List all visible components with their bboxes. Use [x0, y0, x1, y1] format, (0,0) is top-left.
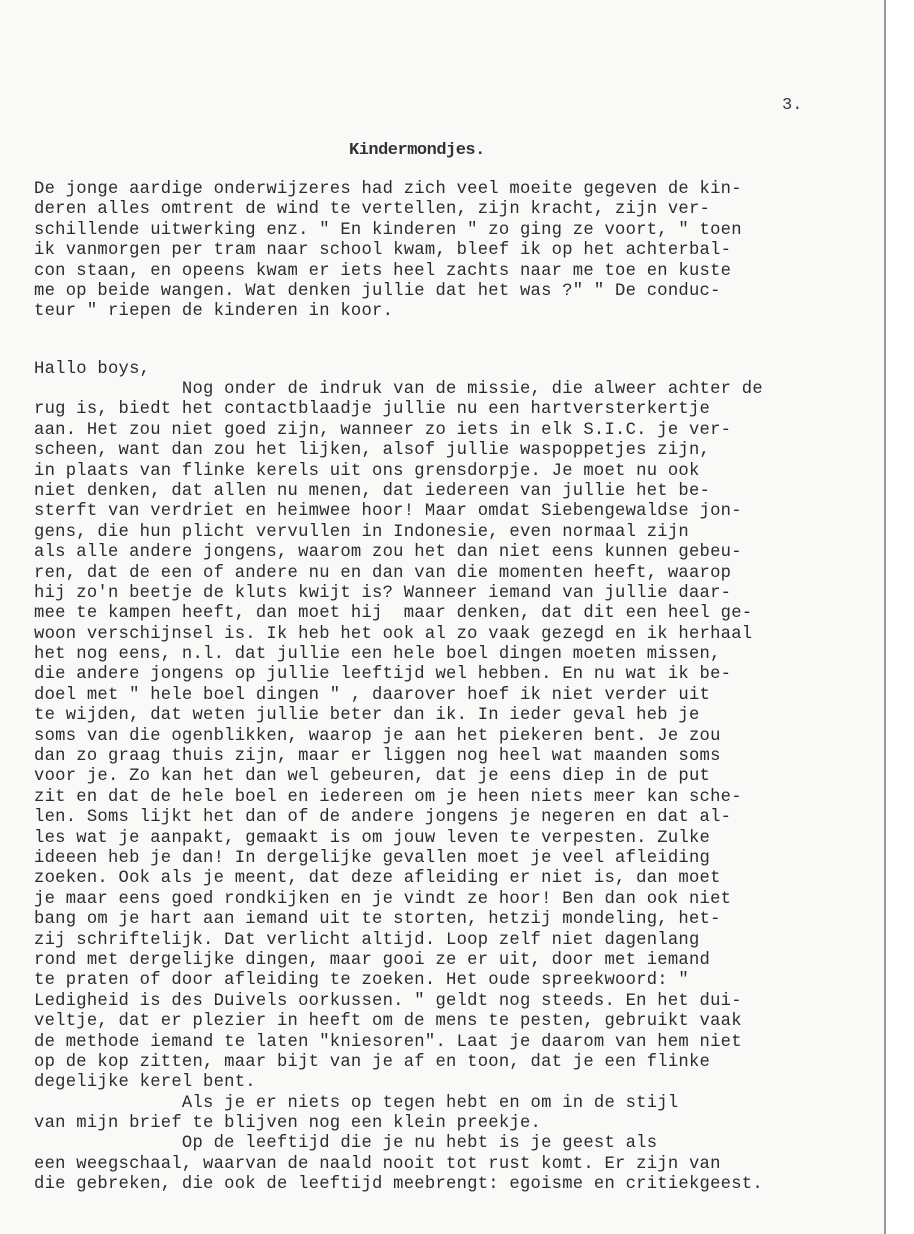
text-line: een weegschaal, waarvan de naald nooit t… — [34, 1155, 763, 1175]
text-line: Ledigheid is des Duivels oorkussen. " ge… — [34, 992, 763, 1012]
text-line: rond met dergelijke dingen, maar gooi ze… — [34, 951, 763, 971]
text-line: je maar eens goed rondkijken en je vindt… — [34, 890, 763, 910]
text-line: sterft van verdriet en heimwee hoor! Maa… — [34, 502, 763, 522]
text-line: scheen, want dan zou het lijken, alsof j… — [34, 441, 763, 461]
text-line: soms van die ogenblikken, waarop je aan … — [34, 727, 763, 747]
text-line: degelijke kerel bent. — [34, 1073, 763, 1093]
text-line: rug is, biedt het contactblaadje jullie … — [34, 400, 763, 420]
letter-greeting: Hallo boys, — [34, 360, 150, 380]
text-line: in plaats van flinke kerels uit ons gren… — [34, 462, 763, 482]
text-line: Als je er niets op tegen hebt en om in d… — [34, 1094, 763, 1114]
text-line: mee te kampen heeft, dan moet hij maar d… — [34, 604, 763, 624]
text-line: het nog eens, n.l. dat jullie een hele b… — [34, 645, 763, 665]
text-line: als alle andere jongens, waarom zou het … — [34, 543, 763, 563]
text-line: ik vanmorgen per tram naar school kwam, … — [34, 241, 742, 261]
text-line: ideeen heb je dan! In dergelijke gevalle… — [34, 849, 763, 869]
text-line: Op de leeftijd die je nu hebt is je gees… — [34, 1134, 763, 1154]
text-line: con staan, en opeens kwam er iets heel z… — [34, 262, 742, 282]
text-line: aan. Het zou niet goed zijn, wanneer zo … — [34, 421, 763, 441]
text-line: len. Soms lijkt het dan of de andere jon… — [34, 808, 763, 828]
text-line: de methode iemand te laten "kniesoren". … — [34, 1033, 763, 1053]
text-line: te praten of door afleiding te zoeken. H… — [34, 971, 763, 991]
text-line: me op beide wangen. Wat denken jullie da… — [34, 282, 742, 302]
text-line: zit en dat de hele boel en iedereen om j… — [34, 788, 763, 808]
intro-paragraph: De jonge aardige onderwijzeres had zich … — [34, 180, 742, 323]
page-title: Kindermondjes. — [349, 141, 485, 160]
text-line: die andere jongens op jullie leeftijd we… — [34, 665, 763, 685]
text-line: De jonge aardige onderwijzeres had zich … — [34, 180, 742, 200]
text-line: les wat je aanpakt, gemaakt is om jouw l… — [34, 829, 763, 849]
text-line: voor je. Zo kan het dan wel gebeuren, da… — [34, 767, 763, 787]
text-line: Nog onder de indruk van de missie, die a… — [34, 380, 763, 400]
text-line: doel met " hele boel dingen " , daarover… — [34, 686, 763, 706]
text-line: dan zo graag thuis zijn, maar er liggen … — [34, 747, 763, 767]
text-line: zoeken. Ook als je meent, dat deze aflei… — [34, 869, 763, 889]
page-number: 3. — [782, 96, 802, 115]
text-line: van mijn brief te blijven nog een klein … — [34, 1114, 763, 1134]
text-line: niet denken, dat allen nu menen, dat ied… — [34, 482, 763, 502]
text-line: ren, dat de een of andere nu en dan van … — [34, 564, 763, 584]
letter-body: Nog onder de indruk van de missie, die a… — [34, 380, 763, 1196]
text-line: te wijden, dat weten jullie beter dan ik… — [34, 706, 763, 726]
text-line: bang om je hart aan iemand uit te storte… — [34, 910, 763, 930]
text-line: die gebreken, die ook de leeftijd meebre… — [34, 1175, 763, 1195]
text-line: schillende uitwerking enz. " En kinderen… — [34, 221, 742, 241]
text-line: deren alles omtrent de wind te vertellen… — [34, 200, 742, 220]
text-line: veltje, dat er plezier in heeft om de me… — [34, 1012, 763, 1032]
scan-margin — [886, 0, 914, 1234]
text-line: op de kop zitten, maar bijt van je af en… — [34, 1053, 763, 1073]
text-line: gens, die hun plicht vervullen in Indone… — [34, 523, 763, 543]
text-line: zij schriftelijk. Dat verlicht altijd. L… — [34, 931, 763, 951]
text-line: hij zo'n beetje de kluts kwijt is? Wanne… — [34, 584, 763, 604]
text-line: woon verschijnsel is. Ik heb het ook al … — [34, 625, 763, 645]
text-line: teur " riepen de kinderen in koor. — [34, 302, 742, 322]
